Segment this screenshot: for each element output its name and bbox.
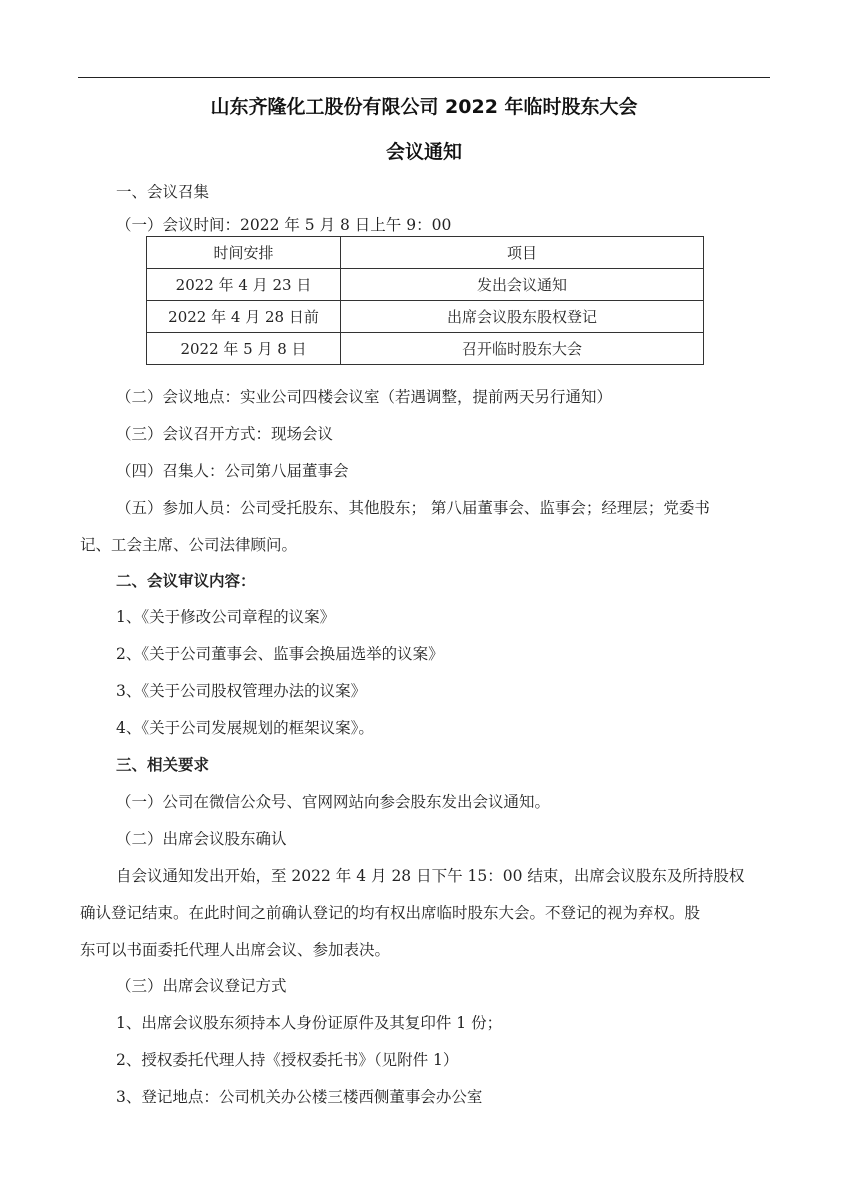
meeting-convener: （四）召集人：公司第八届董事会 (116, 459, 349, 481)
registration-item: 2、授权委托代理人持《授权委托书》（见附件 1） (116, 1048, 458, 1070)
table-row: 2022 年 4 月 23 日 发出会议通知 (147, 269, 704, 301)
table-header-cell: 时间安排 (147, 237, 341, 269)
requirement-item: （三）出席会议登记方式 (116, 974, 287, 996)
table-cell: 2022 年 4 月 23 日 (147, 269, 341, 301)
schedule-table: 时间安排 项目 2022 年 4 月 23 日 发出会议通知 2022 年 4 … (146, 236, 704, 365)
meeting-method: （三）会议召开方式：现场会议 (116, 422, 333, 444)
table-row: 2022 年 5 月 8 日 召开临时股东大会 (147, 333, 704, 365)
agenda-item: 3、《关于公司股权管理办法的议案》 (116, 679, 366, 701)
agenda-item: 2、《关于公司董事会、监事会换届选举的议案》 (116, 642, 444, 664)
document-subtitle: 会议通知 (0, 137, 848, 164)
confirmation-paragraph: 自会议通知发出开始，至 2022 年 4 月 28 日下午 15：00 结束，出… (116, 864, 744, 886)
registration-item: 1、出席会议股东须持本人身份证原件及其复印件 1 份； (116, 1011, 502, 1033)
agenda-item: 4、《关于公司发展规划的框架议案》。 (116, 716, 374, 738)
table-header-cell: 项目 (341, 237, 704, 269)
meeting-location: （二）会议地点：实业公司四楼会议室（若遇调整，提前两天另行通知） (116, 385, 612, 407)
table-header-row: 时间安排 项目 (147, 237, 704, 269)
table-cell: 发出会议通知 (341, 269, 704, 301)
section3-heading: 三、相关要求 (116, 753, 209, 775)
confirmation-paragraph-cont: 确认登记结束。在此时间之前确认登记的均有权出席临时股东大会。不登记的视为弃权。股 (80, 901, 700, 923)
meeting-attendees: （五）参加人员：公司受托股东、其他股东； 第八届董事会、监事会；经理层；党委书 (116, 496, 710, 518)
meeting-attendees-cont: 记、工会主席、公司法律顾问。 (80, 533, 297, 555)
table-cell: 2022 年 4 月 28 日前 (147, 301, 341, 333)
table-cell: 2022 年 5 月 8 日 (147, 333, 341, 365)
confirmation-paragraph-cont: 东可以书面委托代理人出席会议、参加表决。 (80, 938, 390, 960)
document-title: 山东齐隆化工股份有限公司 2022 年临时股东大会 (0, 92, 848, 119)
table-cell: 出席会议股东股权登记 (341, 301, 704, 333)
requirement-item: （一）公司在微信公众号、官网网站向参会股东发出会议通知。 (116, 790, 550, 812)
agenda-item: 1、《关于修改公司章程的议案》 (116, 605, 335, 627)
requirement-item: （二）出席会议股东确认 (116, 827, 287, 849)
registration-item: 3、登记地点：公司机关办公楼三楼西侧董事会办公室 (116, 1085, 482, 1107)
section2-heading: 二、会议审议内容： (116, 569, 256, 591)
meeting-time: （一）会议时间：2022 年 5 月 8 日上午 9：00 (116, 213, 451, 235)
section1-heading: 一、会议召集 (116, 180, 209, 202)
table-cell: 召开临时股东大会 (341, 333, 704, 365)
table-row: 2022 年 4 月 28 日前 出席会议股东股权登记 (147, 301, 704, 333)
header-rule (78, 77, 770, 78)
